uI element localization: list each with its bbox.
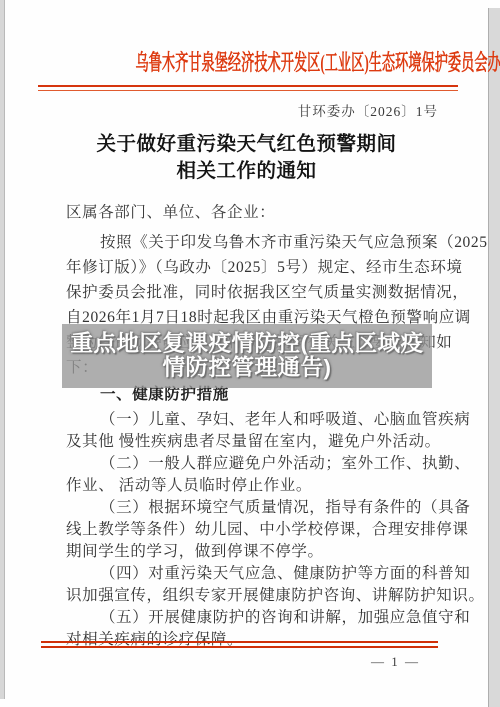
document-photo: 乌鲁木齐甘泉堡经济技术开发区(工业区)生态环境保护委员会办公室 甘环委办〔202… bbox=[0, 0, 500, 707]
item-4-line: 识加强宣传，组织专家开展健康防护咨询、讲解防护知识。 bbox=[66, 585, 458, 607]
page-right-edge bbox=[488, 8, 500, 707]
issuing-org-letterhead: 乌鲁木齐甘泉堡经济技术开发区(工业区)生态环境保护委员会办公室 bbox=[5, 50, 488, 76]
section-items: （一）儿童、孕妇、老年人和呼吸道、心脑血管疾病 及其他 慢性疾病患者尽量留在室内… bbox=[66, 409, 458, 651]
paragraph-line: 按照《关于印发乌鲁木齐市重污染天气应急预案（2025 bbox=[66, 230, 458, 255]
item-2-line: 作业、 活动等人员临时停止作业。 bbox=[66, 475, 458, 497]
paragraph-line: 年修订版）》（乌政办〔2025〕5号）规定、经市生态环境 bbox=[66, 255, 458, 280]
paragraph-line: 保护委员会批准，同时依据我区空气质量实测数据情况， bbox=[66, 280, 458, 305]
document-number: 甘环委办〔2026〕1号 bbox=[5, 100, 488, 120]
item-1-line: 及其他 慢性疾病患者尽量留在室内，避免户外活动。 bbox=[66, 431, 458, 453]
item-5-line: （五）开展健康防护的咨询和讲解，加强应急值守和 bbox=[66, 607, 458, 629]
document-body: 区属各部门、单位、各企业： 按照《关于印发乌鲁木齐市重污染天气应急预案（2025… bbox=[66, 200, 458, 651]
footer-rule bbox=[41, 641, 438, 648]
watermark-text: 重点地区复课疫情防控(重点区域疫 情防控管理通告) bbox=[71, 332, 424, 380]
item-4-line: （四）对重污染天气应急、健康防护等方面的科普知 bbox=[66, 563, 458, 585]
watermark-overlay: 重点地区复课疫情防控(重点区域疫 情防控管理通告) bbox=[62, 324, 432, 388]
document-title-line2: 相关工作的通知 bbox=[5, 158, 488, 185]
item-2-line: （二）一般人群应避免户外活动；室外工作、执勤、 bbox=[66, 453, 458, 475]
issuing-org-name: 乌鲁木齐甘泉堡经济技术开发区(工业区)生态环境保护委员会办公室 bbox=[136, 50, 500, 76]
item-3-line: （三）根据环境空气质量情况，指导有条件的（具备 bbox=[66, 497, 458, 519]
watermark-text-line1: 重点地区复课疫情防控(重点区域疫 bbox=[71, 331, 424, 356]
salutation: 区属各部门、单位、各企业： bbox=[66, 200, 458, 226]
item-1-line: （一）儿童、孕妇、老年人和呼吸道、心脑血管疾病 bbox=[66, 409, 458, 431]
watermark-text-line2: 情防控管理通告) bbox=[163, 355, 332, 380]
letterhead-rule bbox=[38, 85, 458, 91]
item-3-line: 线上教学等条件）幼儿园、中小学校停课，合理安排停课 bbox=[66, 519, 458, 541]
item-3-line: 期间学生的学习，做到停课不停学。 bbox=[66, 541, 458, 563]
document-title-line1: 关于做好重污染天气红色预警期间 bbox=[5, 131, 488, 158]
document-page: 乌鲁木齐甘泉堡经济技术开发区(工业区)生态环境保护委员会办公室 甘环委办〔202… bbox=[5, 8, 488, 707]
document-title: 关于做好重污染天气红色预警期间 相关工作的通知 bbox=[5, 131, 488, 185]
page-number: — 1 — bbox=[371, 654, 420, 670]
